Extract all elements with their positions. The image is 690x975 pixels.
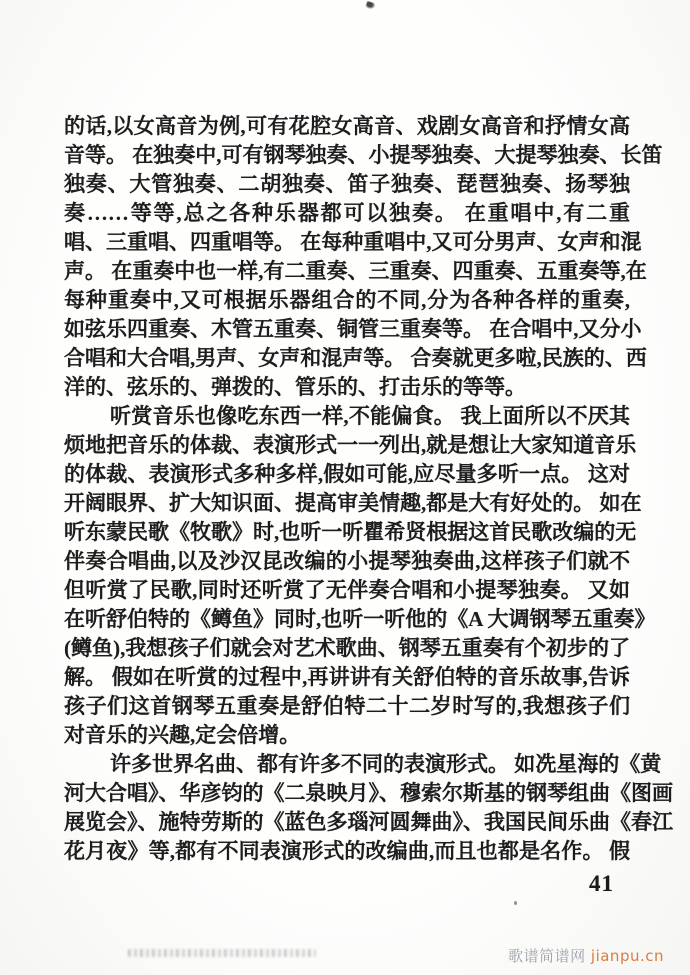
text-line: 许多世界名曲、都有许多不同的表演形式。 如冼星海的《黄 — [64, 750, 630, 779]
text-line: 伴奏合唱曲,以及沙汉昆改编的小提琴独奏曲,这样孩子们就不 — [64, 547, 630, 576]
watermark-site-url: jianpu.cn — [591, 947, 664, 965]
text-line: 的话,以女高音为例,可有花腔女高音、戏剧女高音和抒情女高 — [64, 112, 630, 141]
text-line: 孩子们这首钢琴五重奏是舒伯特二十二岁时写的,我想孩子们 — [64, 692, 630, 721]
text-line: 河大合唱》、华彦钧的《二泉映月》、穆索尔斯基的钢琴组曲《图画 — [64, 779, 630, 808]
text-line: 音等。 在独奏中,可有钢琴独奏、小提琴独奏、大提琴独奏、长笛 — [64, 141, 630, 170]
text-line: (鳟鱼),我想孩子们就会对艺术歌曲、钢琴五重奏有个初步的了 — [64, 634, 630, 663]
text-line: 展览会》、施特劳斯的《蓝色多瑙河圆舞曲》、我国民间乐曲《春江 — [64, 808, 630, 837]
scan-speck-middle — [514, 901, 517, 905]
watermark-site-name: 歌谱简谱网 — [508, 947, 586, 965]
text-line: 烦地把音乐的体裁、表演形式一一列出,就是想让大家知道音乐 — [64, 431, 630, 460]
text-line: 解。 假如在听赏的过程中,再讲讲有关舒伯特的音乐故事,告诉 — [64, 663, 630, 692]
scan-smudge-artifact — [128, 949, 316, 957]
text-line: 但听赏了民歌,同时还听赏了无伴奏合唱和小提琴独奏。 又如 — [64, 576, 630, 605]
page-number: 41 — [589, 871, 614, 897]
text-line: 合唱和大合唱,男声、女声和混声等。 合奏就更多啦,民族的、西 — [64, 344, 630, 373]
text-line: 唱、三重唱、四重唱等。 在每种重唱中,又可分男声、女声和混 — [64, 228, 630, 257]
text-line: 对音乐的兴趣,定会倍增。 — [64, 721, 630, 750]
text-line: 声。 在重奏中也一样,有二重奏、三重奏、四重奏、五重奏等,在 — [64, 257, 630, 286]
text-line: 听赏音乐也像吃东西一样,不能偏食。 我上面所以不厌其 — [64, 402, 630, 431]
text-line: 独奏、大管独奏、二胡独奏、笛子独奏、琵琶独奏、扬琴独 — [64, 170, 630, 199]
text-line: 开阔眼界、扩大知识面、提高审美情趣,都是大有好处的。 如在 — [64, 489, 630, 518]
text-line: 洋的、弦乐的、弹拨的、管乐的、打击乐的等等。 — [64, 373, 630, 402]
text-line: 听东蒙民歌《牧歌》时,也听一听瞿希贤根据这首民歌改编的无 — [64, 518, 630, 547]
text-line: 如弦乐四重奏、木管五重奏、铜管三重奏等。 在合唱中,又分小 — [64, 315, 630, 344]
text-line: 每种重奏中,又可根据乐器组合的不同,分为各种各样的重奏, — [64, 286, 630, 315]
text-line: 的体裁、表演形式多种多样,假如可能,应尽量多听一点。 这对 — [64, 460, 630, 489]
text-line: 花月夜》等,都有不同表演形式的改编曲,而且也都是名作。 假 — [64, 837, 630, 866]
watermark: 歌谱简谱网 jianpu.cn — [508, 945, 664, 966]
text-line: 奏……等等,总之各种乐器都可以独奏。 在重唱中,有二重 — [64, 199, 630, 228]
scan-speck-top — [365, 1, 376, 10]
text-line: 在听舒伯特的《鳟鱼》同时,也听一听他的《A 大调钢琴五重奏》 — [64, 605, 630, 634]
scanned-book-page: 的话,以女高音为例,可有花腔女高音、戏剧女高音和抒情女高音等。 在独奏中,可有钢… — [0, 0, 690, 975]
text-block: 的话,以女高音为例,可有花腔女高音、戏剧女高音和抒情女高音等。 在独奏中,可有钢… — [64, 112, 630, 866]
